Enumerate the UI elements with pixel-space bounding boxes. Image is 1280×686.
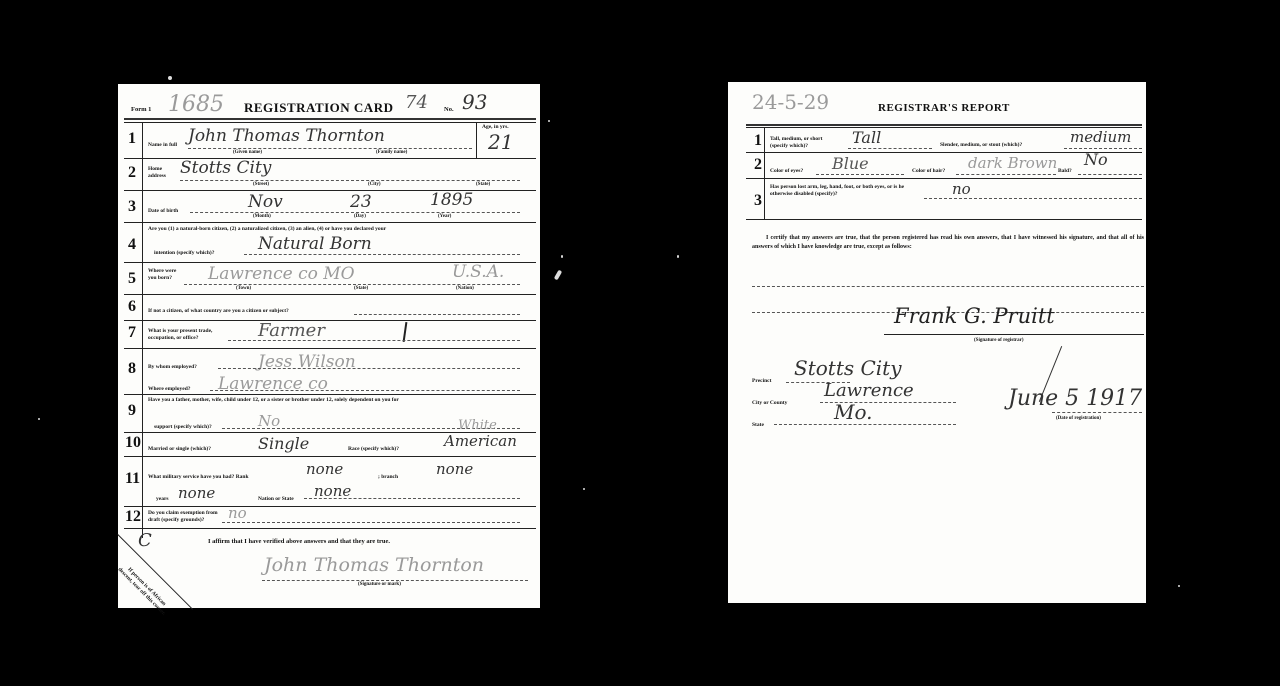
field-value-height: Tall: [852, 128, 881, 147]
row-number: 6: [128, 298, 136, 316]
signature-label: (Signature or mark): [358, 582, 401, 587]
card-title: REGISTRATION CARD: [244, 100, 393, 116]
age-value: 21: [488, 130, 513, 154]
row-number: 10: [125, 434, 141, 452]
field-value-bald: No: [1084, 150, 1108, 169]
field-label-citizenship-2: intention (specify which)?: [154, 250, 215, 257]
county-label: City or County: [752, 400, 787, 407]
field-label-dob: Date of birth: [148, 208, 178, 215]
field-value-build: medium: [1070, 128, 1131, 146]
field-value-exemption: no: [228, 504, 247, 522]
race-annotation: White: [458, 418, 497, 433]
field-value-employer: Jess Wilson: [258, 352, 356, 372]
field-label-years: years: [156, 496, 169, 503]
sub-label: (Given name): [233, 150, 262, 155]
dust-speck: [583, 488, 585, 490]
row-number: 8: [128, 360, 136, 378]
dust-speck: [38, 418, 40, 420]
field-label-bald: Bald?: [1058, 168, 1072, 175]
field-label-eyes: Color of eyes?: [770, 168, 803, 175]
county-value: Lawrence: [824, 380, 914, 401]
registrar-signature: Frank G. Pruitt: [894, 304, 1055, 328]
field-value-birthplace: Lawrence co MO: [208, 264, 355, 284]
precinct-value: Stotts City: [794, 356, 902, 380]
field-label-build: Slender, medium, or stout (which)?: [940, 142, 1022, 149]
state-value: Mo.: [834, 400, 873, 424]
sub-label: (State): [476, 182, 490, 187]
field-value-nation: U.S.A.: [452, 262, 504, 282]
row-number: 11: [125, 470, 140, 488]
sub-label: (Street): [253, 182, 269, 187]
form-label: Form 1: [131, 106, 151, 113]
sub-label: (Family name): [376, 150, 407, 155]
field-value-race: American: [444, 432, 517, 450]
row-number: 2: [128, 164, 136, 182]
field-label-employed-where: Where employed?: [148, 386, 191, 393]
field-value-dob-month: Nov: [248, 192, 283, 212]
dust-speck: [548, 120, 550, 122]
field-label-branch: ; branch: [378, 474, 398, 481]
field-label-citizenship: Are you (1) a natural-born citizen, (2) …: [148, 226, 520, 233]
registrars-report-card: 24-5-29 REGISTRAR'S REPORT 1 Tall, mediu…: [728, 82, 1146, 603]
corner-mark: C: [138, 530, 152, 551]
card-number: 93: [462, 90, 487, 114]
precinct-label: Precinct: [752, 378, 771, 385]
sub-label: (Month): [253, 214, 271, 219]
field-label-birthplace: Where were you born?: [148, 268, 182, 281]
field-value-disability: no: [952, 180, 971, 198]
field-label-marital: Married or single (which)?: [148, 446, 211, 453]
certification-text: I certify that my answers are true, that…: [752, 234, 1144, 252]
sub-label: (Year): [438, 214, 451, 219]
sub-label: (Day): [354, 214, 366, 219]
field-value-dob-year: 1895: [430, 190, 473, 210]
field-label-country: If not a citizen, of what country are yo…: [148, 308, 289, 315]
field-value-branch: none: [436, 460, 473, 478]
field-value-dob-day: 23: [350, 192, 372, 212]
dust-speck: [168, 76, 172, 80]
sub-label: (City): [368, 182, 381, 187]
field-label-race: Race (specify which)?: [348, 446, 399, 453]
field-label-name: Name in full: [148, 142, 177, 149]
row-number: 12: [125, 508, 141, 526]
field-value-citizenship: Natural Born: [258, 234, 372, 254]
serial-number: 1685: [168, 92, 224, 117]
field-label-exemption: Do you claim exemption from draft (speci…: [148, 510, 218, 523]
field-label-employer: By whom employed?: [148, 364, 197, 371]
field-label-disability: Has person lost arm, leg, hand, foot, or…: [770, 184, 920, 197]
registrant-signature: John Thomas Thornton: [264, 554, 484, 576]
date-of-registration: June 5 1917: [1008, 386, 1142, 411]
row-number: 9: [128, 402, 136, 420]
field-label-military: What military service have you had? Rank: [148, 474, 249, 481]
row-number: 1: [754, 132, 762, 150]
affirmation-text: I affirm that I have verified above answ…: [208, 538, 390, 545]
row-number: 1: [128, 130, 136, 148]
row-number: 7: [128, 324, 136, 342]
report-title: REGISTRAR'S REPORT: [878, 102, 1010, 114]
corner-note: If person is of African descent, tear of…: [115, 560, 174, 619]
field-value-address: Stotts City: [180, 158, 271, 178]
sub-label: (State): [354, 286, 368, 291]
dust-speck: [677, 255, 679, 258]
field-value-occupation: Farmer: [258, 320, 325, 341]
field-label-dependents-2: support (specify which)?: [154, 424, 212, 431]
registrar-code: 24-5-29: [752, 90, 829, 114]
field-value-marital: Single: [258, 434, 309, 453]
field-value-name: John Thomas Thornton: [188, 126, 385, 146]
dust-speck: [554, 270, 562, 281]
row-number: 3: [754, 192, 762, 210]
field-value-years: none: [178, 484, 215, 502]
row-number: 3: [128, 198, 136, 216]
registrar-signature-label: (Signature of registrar): [974, 338, 1024, 343]
field-value-rank: none: [306, 460, 343, 478]
field-label-address: Home address: [148, 166, 172, 179]
field-label-height: Tall, medium, or short (specify which)?: [770, 136, 840, 149]
dust-speck: [561, 255, 563, 258]
registration-card: Form 1 1685 REGISTRATION CARD 74 No. 93 …: [118, 84, 540, 608]
field-label-nation-state: Nation or State: [258, 496, 294, 503]
field-value-employed-where: Lawrence co: [218, 374, 328, 394]
sub-label: (Town): [236, 286, 251, 291]
field-value-hair: dark Brown: [968, 154, 1057, 172]
row-number: 5: [128, 270, 136, 288]
state-label: State: [752, 422, 764, 429]
order-number: 74: [405, 92, 428, 113]
field-label-hair: Color of hair?: [912, 168, 945, 175]
sub-label: (Nation): [456, 286, 474, 291]
field-value-eyes: Blue: [832, 154, 869, 173]
no-label: No.: [444, 106, 454, 113]
field-label-dependents: Have you a father, mother, wife, child u…: [148, 397, 520, 404]
date-label: (Date of registration): [1056, 416, 1101, 421]
row-number: 4: [128, 236, 136, 254]
field-label-occupation: What is your present trade, occupation, …: [148, 328, 228, 341]
row-number: 2: [754, 156, 762, 174]
dust-speck: [1178, 585, 1180, 587]
